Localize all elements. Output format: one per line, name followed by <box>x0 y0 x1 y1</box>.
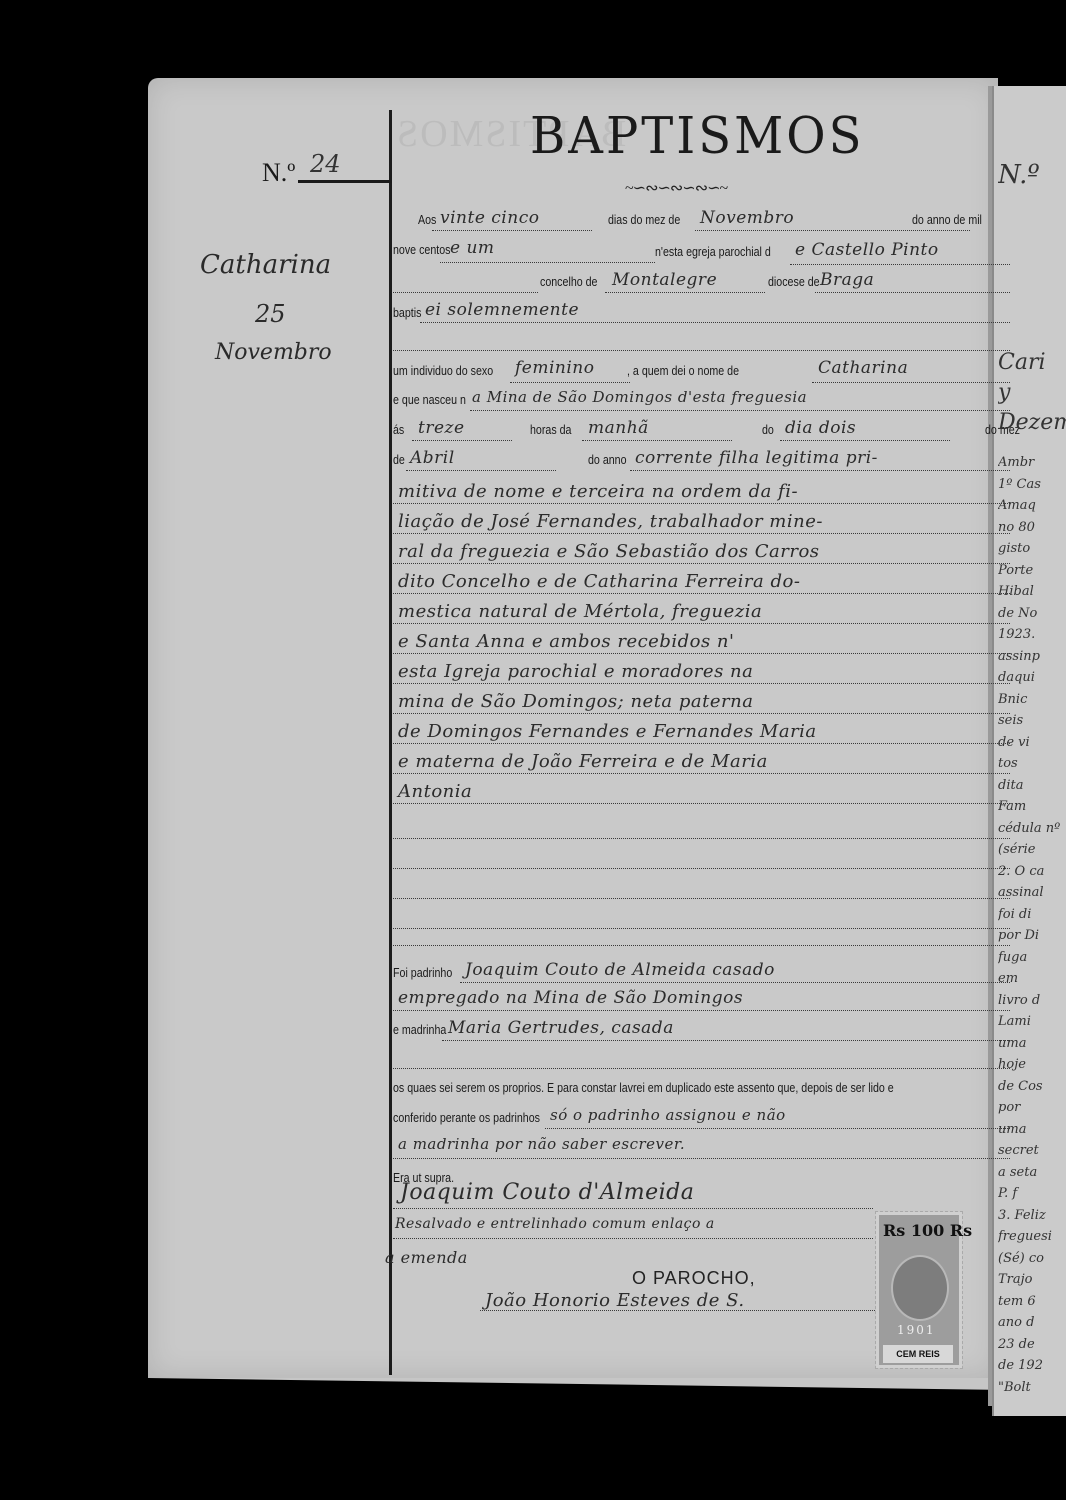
adjacent-note-line: por Di <box>998 928 1066 943</box>
field-line <box>393 743 1010 744</box>
body-line: e Santa Anna e ambos recebidos n' <box>398 631 734 652</box>
crown-emblem-icon <box>891 1255 949 1321</box>
margin-name: Catharina <box>200 250 331 280</box>
field-line <box>393 1010 1010 1011</box>
label-dias-do-mez: dias do mez de <box>608 212 680 227</box>
field-line <box>393 838 1010 839</box>
field-line <box>605 292 765 293</box>
adjacent-note-line: foi di <box>998 907 1066 922</box>
adjacent-note-line: em <box>998 971 1066 986</box>
field-line <box>393 1208 873 1209</box>
field-madrinha: Maria Gertrudes, casada <box>448 1018 674 1038</box>
field-line <box>393 868 1010 869</box>
adjacent-note-line: Amaq <box>998 498 1066 513</box>
field-line <box>393 683 1010 684</box>
field-line <box>510 382 630 383</box>
tax-stamp: Rs 100 Rs 1901 CEM REIS <box>876 1212 962 1368</box>
field-conferido: só o padrinho assignou e não <box>550 1106 786 1124</box>
field-line <box>393 593 1010 594</box>
field-line <box>432 230 592 231</box>
adjacent-note-line: Porte <box>998 563 1066 578</box>
margin-rule <box>389 110 392 1375</box>
field-concelho: Montalegre <box>612 270 717 290</box>
field-line <box>695 230 970 231</box>
field-padrinho-cont: empregado na Mina de São Domingos <box>398 988 743 1008</box>
field-line <box>393 945 1010 946</box>
field-line <box>812 382 1010 383</box>
adjacent-note-line: a seta <box>998 1165 1066 1180</box>
field-line <box>582 440 732 441</box>
record-number: 24 <box>310 150 341 178</box>
label-conferido: conferido perante os padrinhos <box>393 1110 540 1125</box>
field-line <box>393 292 538 293</box>
field-line <box>460 982 1010 983</box>
field-line <box>393 1068 1010 1069</box>
field-mes: Abril <box>410 448 455 468</box>
label-concelho: concelho de <box>540 274 598 289</box>
field-period: manhã <box>588 418 649 438</box>
field-line <box>393 928 1010 929</box>
adjacent-note-line: Hibal <box>998 584 1066 599</box>
field-line <box>393 773 1010 774</box>
adjacent-note-line: tos <box>998 756 1066 771</box>
body-line: esta Igreja parochial e moradores na <box>398 661 753 682</box>
adjacent-note-line: livro d <box>998 993 1066 1008</box>
adjacent-note-line: gisto <box>998 541 1066 556</box>
field-month: Novembro <box>700 208 794 228</box>
field-line <box>393 563 1010 564</box>
body-line: e materna de João Ferreira e de Maria <box>398 751 768 772</box>
adjacent-note-line: Lami <box>998 1014 1066 1029</box>
label-as: ás <box>393 422 404 437</box>
adjacent-note-line: seis <box>998 713 1066 728</box>
adjacent-note-line: Bnic <box>998 692 1066 707</box>
adjacent-note-line: Dezem <box>998 410 1066 435</box>
label-aos: Aos <box>418 212 436 227</box>
adjacent-note-line: P. f <box>998 1186 1066 1201</box>
adjacent-note-line: Ambr <box>998 455 1066 470</box>
adjacent-note-line: Fam <box>998 799 1066 814</box>
label-madrinha: e madrinha <box>393 1022 446 1037</box>
field-line <box>393 503 1010 504</box>
field-hora: treze <box>418 418 465 438</box>
adjacent-note-line: dita <box>998 778 1066 793</box>
adjacent-note-line: uma <box>998 1036 1066 1051</box>
field-dia: dia dois <box>785 418 856 438</box>
stamp-year: 1901 <box>897 1323 936 1337</box>
adjacent-note-line: y <box>998 380 1066 405</box>
parocho-label: O PAROCHO, <box>632 1268 756 1289</box>
field-line <box>393 350 1010 351</box>
adjacent-note-line: 1º Cas <box>998 477 1066 492</box>
adjacent-note-line: 2. O ca <box>998 864 1066 879</box>
field-day: vinte cinco <box>440 208 539 228</box>
adjacent-note-line: 1923. <box>998 627 1066 642</box>
adjacent-note-line: daqui <box>998 670 1066 685</box>
label-horas-da: horas da <box>530 422 571 437</box>
field-line <box>545 1128 1010 1129</box>
label-nove-centos: nove centos <box>393 242 450 257</box>
adjacent-note-line: (série <box>998 842 1066 857</box>
margin-month: Novembro <box>215 340 332 365</box>
adjacent-note-line: assinp <box>998 649 1066 664</box>
label-do: do <box>762 422 774 437</box>
label-do-anno: do anno <box>588 452 627 467</box>
label-diocese: diocese de <box>768 274 820 289</box>
field-line <box>393 713 1010 714</box>
label-de: de <box>393 452 405 467</box>
label-nesta-egreja: n'esta egreja parochial d <box>655 244 771 259</box>
field-line <box>393 803 1010 804</box>
label-padrinho: Foi padrinho <box>393 965 452 980</box>
field-line <box>393 533 1010 534</box>
field-line <box>393 1158 1010 1159</box>
adjacent-note-line: de Cos <box>998 1079 1066 1094</box>
field-nome: Catharina <box>818 358 908 378</box>
field-parish: e Castello Pinto <box>795 240 939 260</box>
record-number-underline <box>298 180 392 183</box>
label-sexo: um individuo do sexo <box>393 363 493 378</box>
field-line <box>420 322 1010 323</box>
field-line <box>440 262 655 263</box>
annotation-resalvado: Resalvado e entrelinhado comum enlaço a <box>395 1216 715 1232</box>
stamp-value: Rs 100 Rs <box>883 1221 972 1240</box>
adjacent-number-label: N.º <box>998 160 1066 190</box>
signature-parocho: João Honorio Esteves de S. <box>485 1290 745 1311</box>
body-line: de Domingos Fernandes e Fernandes Maria <box>398 721 817 742</box>
adjacent-note-line: Cari <box>998 350 1066 375</box>
label-baptis: baptis <box>393 305 421 320</box>
margin-day: 25 <box>255 300 286 328</box>
adjacent-note-line: no 80 <box>998 520 1066 535</box>
body-line: Antonia <box>398 781 472 802</box>
body-line: ral da freguezia e São Sebastião dos Car… <box>398 541 820 562</box>
label-nome: , a quem dei o nome de <box>627 363 739 378</box>
field-diocese: Braga <box>820 270 874 290</box>
label-do-anno: do anno de mil <box>912 212 982 227</box>
record-number-label: N.º <box>262 158 295 188</box>
field-line <box>393 623 1010 624</box>
field-conferido-cont: a madrinha por não saber escrever. <box>398 1135 685 1153</box>
field-anno: corrente filha legitima pri- <box>635 448 878 468</box>
field-line <box>630 470 1010 471</box>
field-line <box>815 292 1010 293</box>
page-edge <box>148 1378 1008 1408</box>
adjacent-note-line: 23 de <box>998 1337 1066 1352</box>
field-baptis: ei solemnemente <box>425 300 579 320</box>
field-line <box>393 653 1010 654</box>
adjacent-note-line: tem 6 <box>998 1294 1066 1309</box>
closing-text: os quaes sei serem os proprios. E para c… <box>393 1080 894 1095</box>
field-line <box>780 440 950 441</box>
field-sexo: feminino <box>515 358 594 378</box>
label-nasceu: e que nasceu n <box>393 392 466 407</box>
flourish-ornament: ~∽∾∽∾∽∾∽~ <box>625 178 727 198</box>
field-line <box>790 264 1010 265</box>
adjacent-note-line: freguesi <box>998 1229 1066 1244</box>
adjacent-note-line: (Sé) co <box>998 1251 1066 1266</box>
adjacent-note-line: 3. Feliz <box>998 1208 1066 1223</box>
field-birthplace: a Mina de São Domingos d'esta freguesia <box>472 388 807 406</box>
adjacent-note-line: ano d <box>998 1315 1066 1330</box>
field-line <box>442 1040 1010 1041</box>
field-line <box>470 410 1010 411</box>
adjacent-note-line: hoje <box>998 1057 1066 1072</box>
adjacent-note-line: secret <box>998 1143 1066 1158</box>
adjacent-note-line: de No <box>998 606 1066 621</box>
field-line <box>406 470 556 471</box>
adjacent-note-line: Trajo <box>998 1272 1066 1287</box>
field-padrinho: Joaquim Couto de Almeida casado <box>465 960 775 980</box>
adjacent-note-line: "Bolt <box>998 1380 1066 1395</box>
page-title: BAPTISMOS <box>530 107 864 166</box>
body-line: liação de José Fernandes, trabalhador mi… <box>398 511 823 532</box>
field-year: e um <box>450 238 495 258</box>
body-line: mitiva de nome e terceira na ordem da fi… <box>398 481 798 502</box>
adjacent-note-line: de 192 <box>998 1358 1066 1373</box>
adjacent-note-line: uma <box>998 1122 1066 1137</box>
field-line <box>412 440 512 441</box>
adjacent-note-line: de vi <box>998 735 1066 750</box>
body-line: dito Concelho e de Catharina Ferreira do… <box>398 571 800 592</box>
adjacent-note-line: cédula nº <box>998 821 1066 836</box>
body-line: mina de São Domingos; neta paterna <box>398 691 753 712</box>
adjacent-note-line: assinal <box>998 885 1066 900</box>
adjacent-note-line: por <box>998 1100 1066 1115</box>
annotation-emenda: a emenda <box>385 1248 468 1267</box>
body-line: mestica natural de Mértola, freguezia <box>398 601 762 622</box>
adjacent-note-line: fuga <box>998 950 1066 965</box>
stamp-label: CEM REIS <box>883 1345 953 1363</box>
signature-padrinho: Joaquim Couto d'Almeida <box>400 1180 694 1205</box>
field-line <box>393 1238 873 1239</box>
field-line <box>393 898 1010 899</box>
